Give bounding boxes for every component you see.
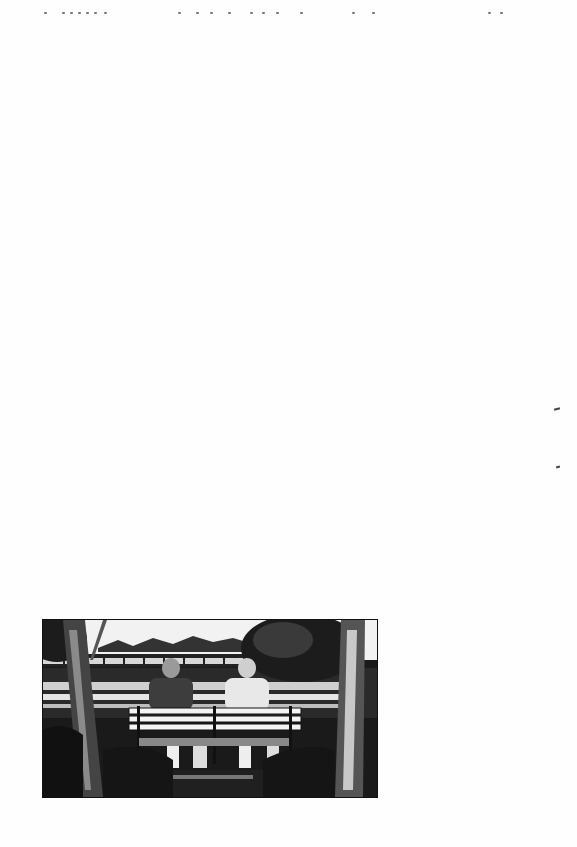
top-bleed-marks [0, 8, 577, 22]
margin-mark [554, 407, 560, 410]
manga-page [0, 0, 577, 847]
bench-scene-illustration [43, 620, 377, 797]
margin-mark [556, 466, 560, 469]
manga-panel-bench-scene [42, 619, 378, 798]
